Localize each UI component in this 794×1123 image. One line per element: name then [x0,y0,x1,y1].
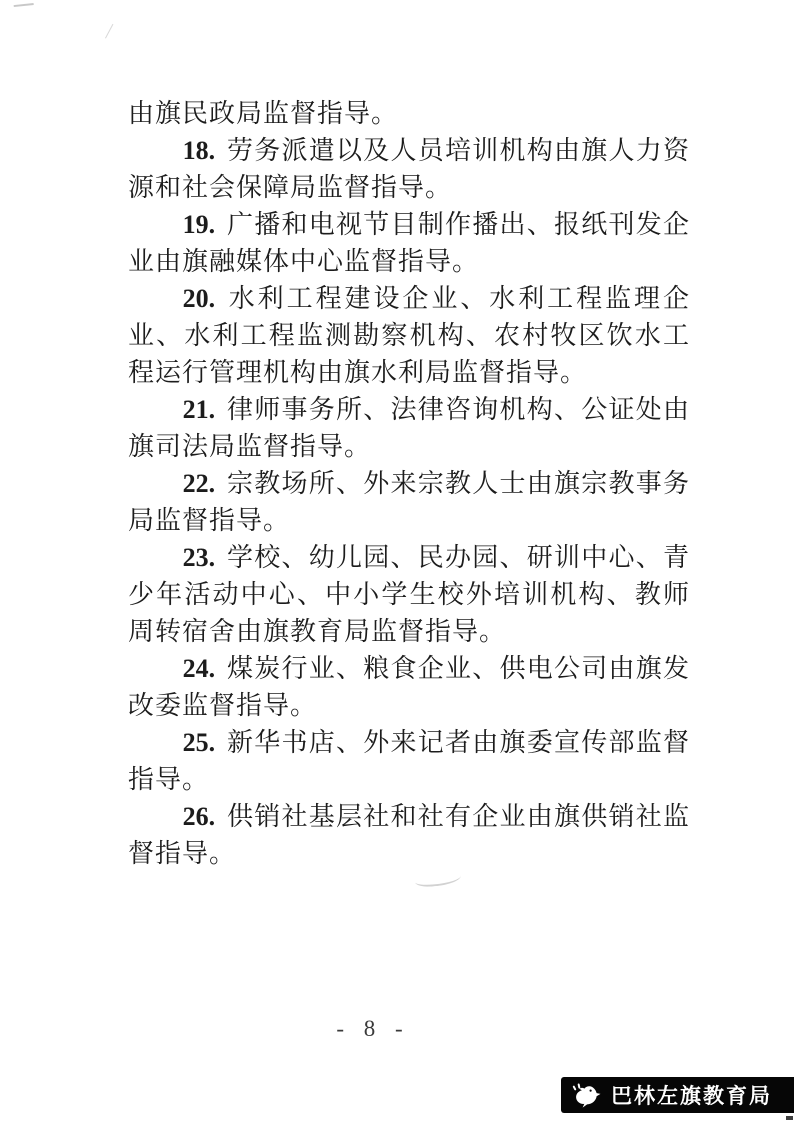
item-number: 24. [183,654,216,683]
list-item-24: 24.煤炭行业、粮食企业、供电公司由旗发改委监督指导。 [128,650,690,724]
list-item-18: 18.劳务派遣以及人员培训机构由旗人力资源和社会保障局监督指导。 [128,132,690,206]
scan-artifact [14,3,35,13]
list-item-23: 23.学校、幼儿园、民办园、研训中心、青少年活动中心、中小学生校外培训机构、教师… [128,539,690,650]
list-item-20: 20.水利工程建设企业、水利工程监理企业、水利工程监测勘察机构、农村牧区饮水工程… [128,280,690,391]
scan-artifact [414,870,461,888]
scan-artifact [105,24,124,44]
dove-logo-icon [572,1082,602,1108]
list-item-21: 21.律师事务所、法律咨询机构、公证处由旗司法局监督指导。 [128,391,690,465]
list-item-19: 19.广播和电视节目制作播出、报纸刊发企业由旗融媒体中心监督指导。 [128,206,690,280]
item-number: 25. [183,728,216,757]
item-number: 21. [183,395,216,424]
document-body: 由旗民政局监督指导。 18.劳务派遣以及人员培训机构由旗人力资源和社会保障局监督… [128,95,690,872]
list-item-25: 25.新华书店、外来记者由旗委宣传部监督指导。 [128,724,690,798]
document-page: 由旗民政局监督指导。 18.劳务派遣以及人员培训机构由旗人力资源和社会保障局监督… [0,0,794,1123]
page-number: - 8 - [0,1016,770,1042]
item-number: 19. [183,210,216,239]
item-number: 20. [183,284,216,313]
item-number: 26. [183,802,216,831]
scan-artifact [786,1116,793,1120]
list-item-26: 26.供销社基层社和社有企业由旗供销社监督指导。 [128,798,690,872]
publisher-badge: 巴林左旗教育局 [561,1077,794,1113]
paragraph-continuation: 由旗民政局监督指导。 [128,95,690,132]
item-number: 23. [183,543,216,572]
publisher-name: 巴林左旗教育局 [611,1080,772,1110]
list-item-22: 22.宗教场所、外来宗教人士由旗宗教事务局监督指导。 [128,465,690,539]
item-number: 18. [183,136,216,165]
item-number: 22. [183,469,216,498]
